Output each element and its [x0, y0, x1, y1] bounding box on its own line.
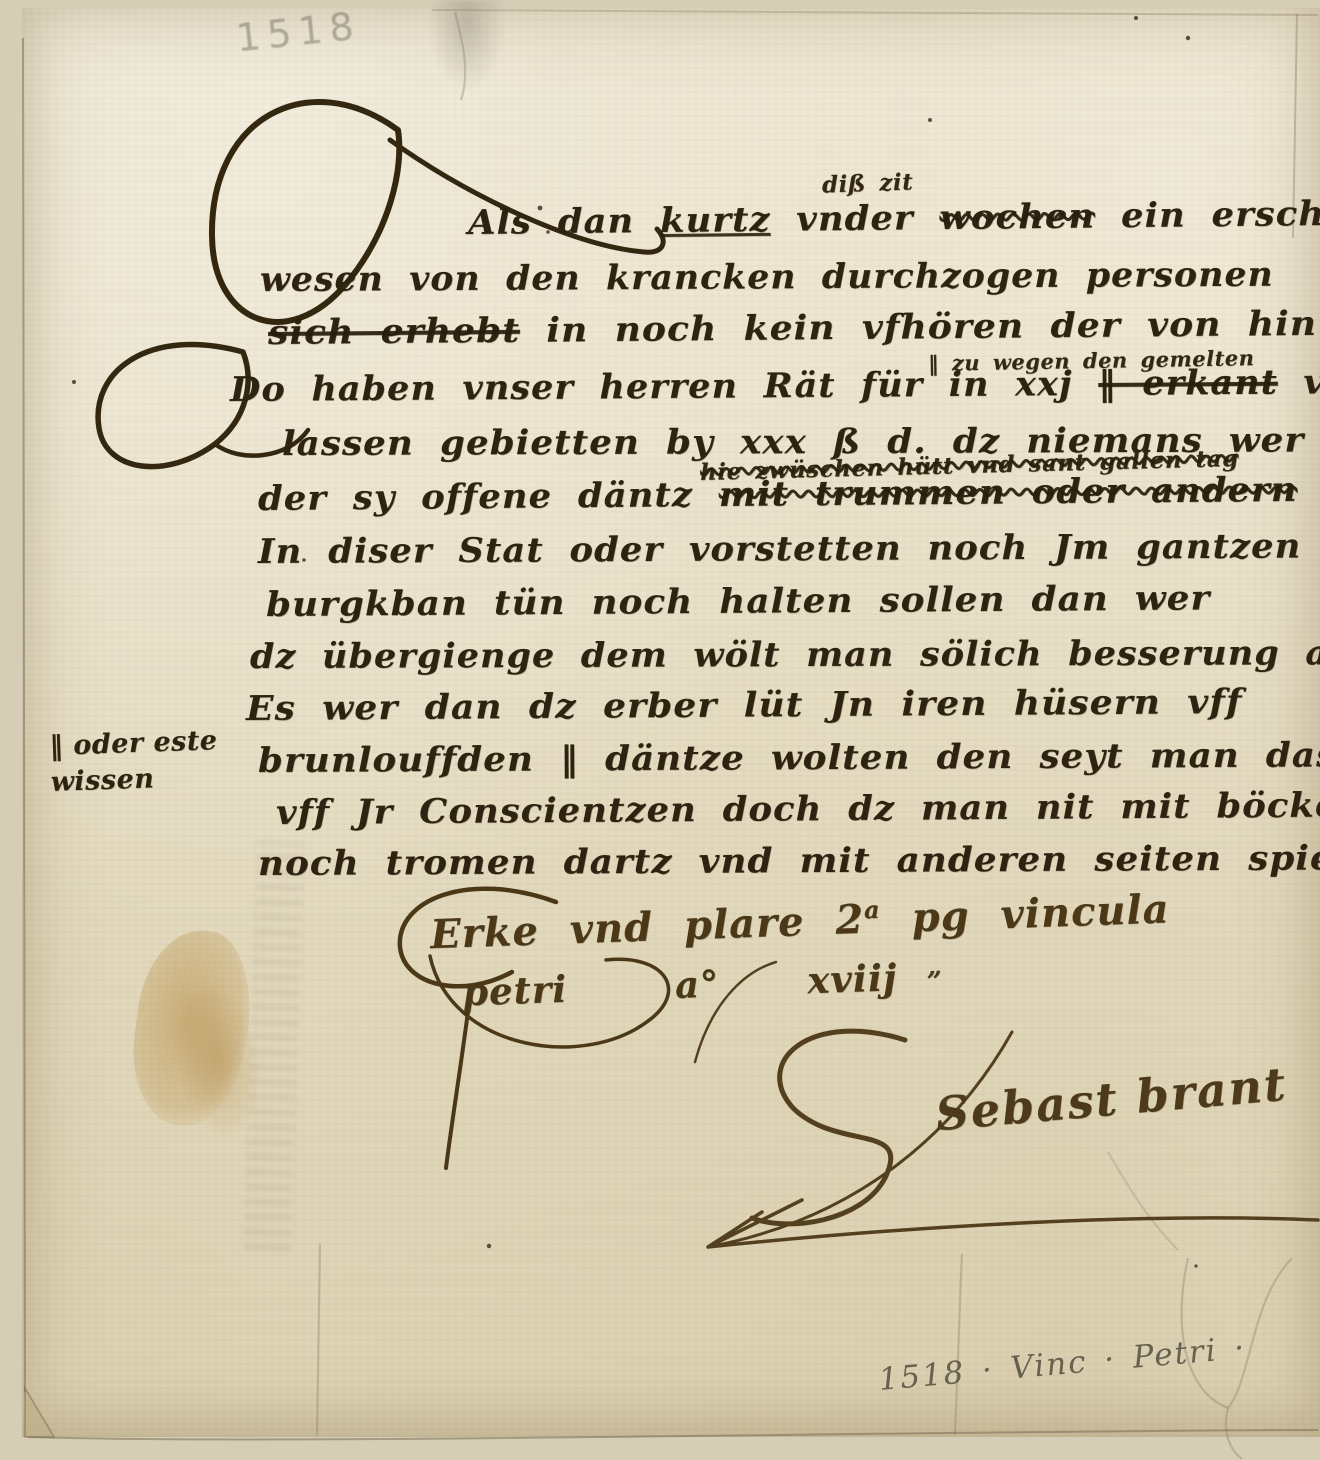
line-text: vff Jr Conscientzen doch dz man nit mit …	[276, 785, 1320, 833]
line-text: wesen von den krancken durchzogen person…	[260, 255, 1274, 300]
closing-day: 2a	[835, 896, 882, 945]
struck-word: wochen	[939, 196, 1095, 238]
closing-day-superscript: a	[863, 895, 881, 925]
closing-flourish-marks: „	[926, 952, 943, 983]
manuscript-line: dz übergienge dem wölt man sölich besser…	[250, 633, 1320, 677]
line-text: Es wer dan dz erber lüt Jn iren hüsern v…	[246, 682, 1243, 729]
top-edge-smudge	[428, 0, 506, 92]
line-text: der sy offene däntz	[258, 475, 719, 519]
struck-word: ‖ erkant	[1098, 363, 1278, 404]
line-text: dz übergienge dem wölt man sölich besser…	[250, 633, 1320, 677]
line-text: Do haben vnser herren Rät für in xxj	[230, 364, 1098, 410]
line-text: In diser Stat oder vorstetten noch Jm ga…	[258, 527, 1302, 572]
interlinear-insertion: diß zit	[822, 168, 914, 198]
closing-day-number: 2	[835, 896, 865, 944]
margin-note-line2: wissen	[50, 759, 219, 801]
manuscript-scan: 1518 ‖ oder este wissen diß zit Als dan …	[0, 0, 1320, 1460]
closing-word: petri	[461, 967, 568, 1015]
line-text: Als dan	[468, 201, 660, 243]
line-text: vnd	[1278, 362, 1320, 403]
manuscript-line: Do haben vnser herren Rät für in xxj ‖ e…	[230, 362, 1320, 410]
closing-anno: a°	[674, 961, 720, 1007]
line-text: vnder	[770, 198, 939, 240]
struck-word: mit trummen oder andern	[719, 470, 1298, 515]
margin-note: ‖ oder este wissen	[49, 723, 220, 801]
underlined-word: kurtz	[660, 200, 771, 241]
struck-word: sich erhebt	[268, 311, 520, 353]
manuscript-line: In diser Stat oder vorstetten noch Jm ga…	[258, 527, 1302, 572]
closing-text: pg vincula	[911, 885, 1170, 941]
manuscript-line: burgkban tün noch halten sollen dan wer	[266, 578, 1211, 625]
manuscript-line: vff Jr Conscientzen doch dz man nit mit …	[276, 785, 1320, 833]
manuscript-line: Es wer dan dz erber lüt Jn iren hüsern v…	[246, 682, 1243, 729]
line-text: ein erschrockenlich	[1095, 192, 1320, 237]
manuscript-line: wesen von den krancken durchzogen person…	[260, 255, 1274, 300]
closing-year: xviij	[807, 955, 899, 1002]
manuscript-line: noch tromen dartz vnd mit anderen seiten…	[258, 838, 1320, 884]
manuscript-line: brunlouffden ‖ däntze wolten den seyt ma…	[258, 735, 1320, 781]
line-text: brunlouffden ‖ däntze wolten den seyt ma…	[258, 735, 1320, 781]
line-text: in noch kein vfhören der von hin vil	[520, 303, 1320, 351]
line-text: burgkban tün noch halten sollen dan wer	[266, 578, 1211, 625]
line-text: noch tromen dartz vnd mit anderen seiten…	[258, 838, 1320, 884]
margin-note-line1: ‖ oder este	[49, 723, 218, 765]
